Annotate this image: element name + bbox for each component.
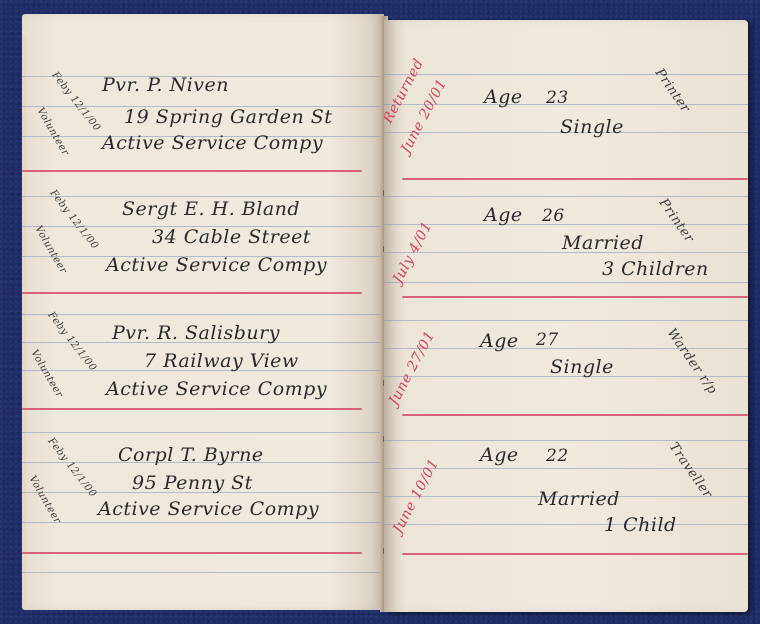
red-separator bbox=[402, 178, 748, 180]
red-separator bbox=[22, 552, 362, 554]
entry-unit: Active Service Compy bbox=[102, 132, 323, 154]
right-page: Returned June 20/01 Age 23 Single Printe… bbox=[384, 20, 748, 612]
entry-name: Sergt E. H. Bland bbox=[122, 198, 300, 220]
age-label: Age bbox=[484, 204, 523, 226]
ruled-line bbox=[384, 440, 748, 441]
age-label: Age bbox=[480, 330, 519, 352]
entry-unit: Active Service Compy bbox=[106, 254, 327, 276]
red-separator bbox=[402, 553, 748, 555]
entry-date: Feby 12/1/00 bbox=[45, 436, 98, 500]
left-page: Feby 12/1/00 Volunteer Pvr. P. Niven 19 … bbox=[22, 14, 384, 610]
occupation: Warder r/p bbox=[664, 326, 720, 397]
red-separator bbox=[402, 414, 748, 416]
age-label: Age bbox=[484, 86, 523, 108]
ruled-line bbox=[384, 74, 748, 75]
ruled-line bbox=[22, 572, 384, 573]
entry-unit: Active Service Compy bbox=[106, 378, 327, 400]
ruled-line bbox=[384, 196, 748, 197]
entry-category: Volunteer bbox=[26, 474, 62, 526]
age-value: 22 bbox=[546, 446, 569, 466]
entry-date: Feby 12/1/00 bbox=[47, 188, 100, 252]
ruled-line bbox=[384, 348, 748, 349]
open-register-book: Feby 12/1/00 Volunteer Pvr. P. Niven 19 … bbox=[0, 0, 760, 624]
ruled-line bbox=[22, 432, 384, 433]
red-separator bbox=[22, 170, 362, 172]
entry-name: Pvr. R. Salisbury bbox=[112, 322, 280, 344]
age-value: 23 bbox=[546, 88, 569, 108]
children-count: 1 Child bbox=[604, 514, 677, 536]
entry-category: Volunteer bbox=[28, 348, 64, 400]
marital-status: Married bbox=[538, 488, 620, 510]
entry-name: Pvr. P. Niven bbox=[102, 74, 229, 96]
marital-status: Single bbox=[560, 116, 624, 138]
red-separator bbox=[402, 296, 748, 298]
ruled-line bbox=[384, 282, 748, 283]
entry-name: Corpl T. Byrne bbox=[118, 444, 264, 466]
ruled-line bbox=[384, 320, 748, 321]
occupation: Printer bbox=[656, 196, 697, 246]
age-label: Age bbox=[480, 444, 519, 466]
entry-category: Volunteer bbox=[34, 106, 70, 158]
ruled-line bbox=[22, 522, 384, 523]
entry-address: 95 Penny St bbox=[132, 472, 253, 494]
entry-unit: Active Service Compy bbox=[98, 498, 319, 520]
occupation: Traveller bbox=[666, 440, 715, 501]
ruled-line bbox=[384, 524, 748, 525]
marital-status: Married bbox=[562, 232, 644, 254]
age-value: 27 bbox=[536, 330, 559, 350]
ruled-line bbox=[384, 224, 748, 225]
red-separator bbox=[22, 292, 362, 294]
return-date: June 27/01 bbox=[386, 328, 438, 408]
entry-address: 34 Cable Street bbox=[152, 226, 311, 248]
ruled-line bbox=[22, 196, 384, 197]
red-separator bbox=[22, 408, 362, 410]
ruled-line bbox=[22, 314, 384, 315]
entry-category: Volunteer bbox=[32, 224, 68, 276]
entry-date: Feby 12/1/00 bbox=[49, 70, 102, 134]
children-count: 3 Children bbox=[602, 258, 709, 280]
entry-address: 7 Railway View bbox=[144, 350, 299, 372]
marital-status: Single bbox=[550, 356, 614, 378]
entry-address: 19 Spring Garden St bbox=[124, 106, 332, 128]
age-value: 26 bbox=[542, 206, 565, 226]
